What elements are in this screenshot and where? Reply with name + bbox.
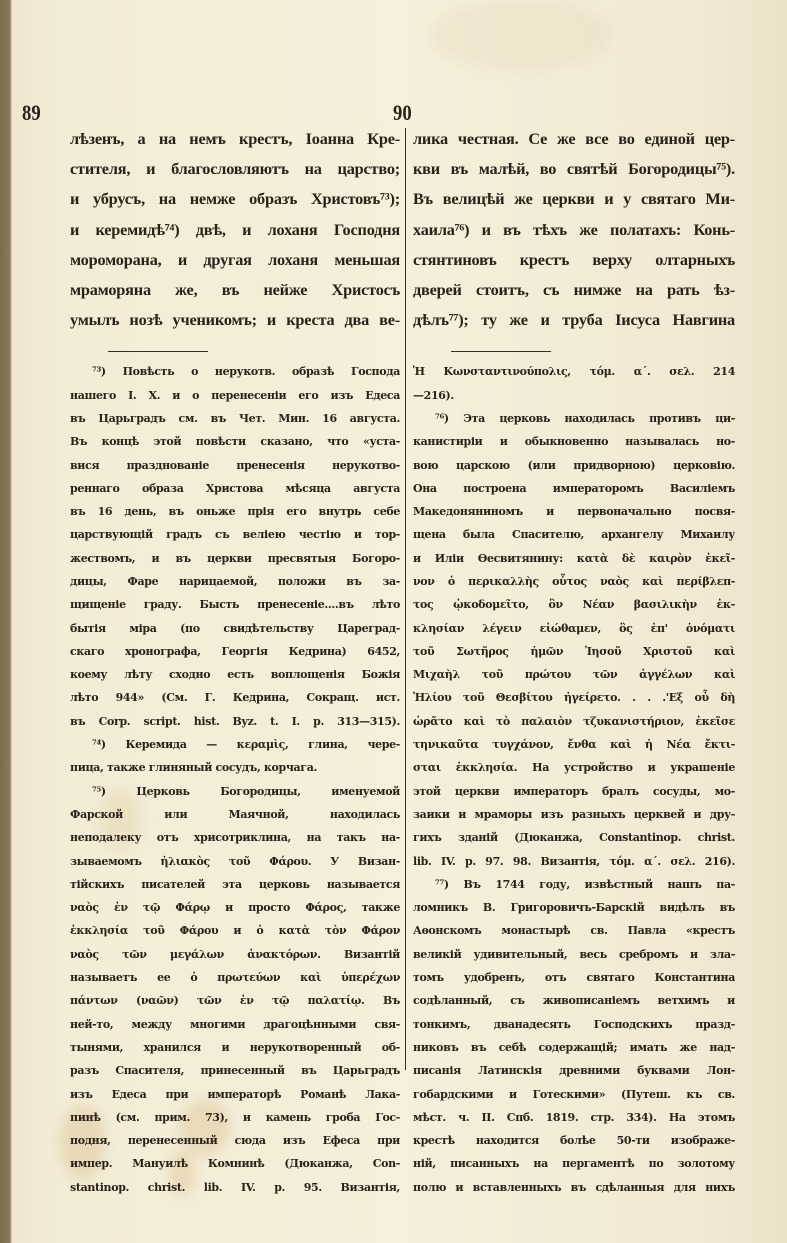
text-line: дѣлъ⁷⁷); ту же и труба Іисуса Навгина	[413, 305, 735, 335]
footnote-line: томъ удобренъ, отъ святаго Константина	[413, 966, 735, 989]
footnote-line: ломникъ В. Григоровичъ-Барскій видѣлъ въ	[413, 896, 735, 919]
footnote-line: коему лѣту сходно есть воплощенія Божія	[70, 663, 400, 686]
right-main-text: лика честная. Се же все во единой цер-кв…	[413, 124, 735, 335]
text-line: мороморана, и другая лоханя меньшая	[70, 245, 400, 275]
footnote-line: ⁷³) Повѣсть о нерукотв. образѣ Господа	[70, 360, 400, 383]
footnote-line: Μιχαὴλ τοῦ πρώτου τῶν ἀγγέλων καὶ	[413, 663, 735, 686]
footnote-line: жествомъ, и въ церкви пресвятыя Богоро-	[70, 547, 400, 570]
text-line: лика честная. Се же все во единой цер-	[413, 124, 735, 154]
footnote-line: щищеніе граду. Бысть пренесеніе....въ лѣ…	[70, 593, 400, 616]
footnote-line: stantinop. christ. lib. IV. p. 95. Визан…	[70, 1176, 400, 1199]
footnote-line: щена была Спасителю, архангелу Михаилу	[413, 523, 735, 546]
text-line: стянтиновъ крестъ верху олтарныхъ	[413, 245, 735, 275]
text-line: мраморяна же, въ нейже Христосъ	[70, 275, 400, 305]
footnote-line: Ἡ Κωνσταντινούπολις, τόμ. α΄. σελ. 214	[413, 360, 735, 383]
footnote-line: ней-то, между многими драгоцѣнными свя-	[70, 1013, 400, 1036]
footnote-line: ἐκκλησία τοῦ Φάρου и ὁ κατὰ τὸν Φάρον	[70, 919, 400, 942]
footnote-line: σται ἐκκλησία. На устройство и украшеніе	[413, 756, 735, 779]
footnote-line: Въ концѣ этой повѣсти сказано, что «уста…	[70, 430, 400, 453]
right-page-number: 90	[393, 100, 412, 126]
footnote-rule	[108, 351, 208, 352]
footnote-line: пица, также глиняный сосудъ, корчага.	[70, 756, 400, 779]
footnote-line: содѣланный, съ живописаніемъ ветхимъ и	[413, 989, 735, 1012]
text-line: дверей стоитъ, съ нимже на рать ѣз-	[413, 275, 735, 305]
footnote-line: тонкимъ, дванадесять Господскихъ празд-	[413, 1013, 735, 1036]
footnote-line: неподалеку отъ хрисотриклина, на такъ на…	[70, 826, 400, 849]
footnote-rule	[451, 351, 551, 352]
footnote-line: великій удивительный, весь сребромъ и зл…	[413, 943, 735, 966]
footnote-line: Аѳонскомъ монастырѣ св. Павла «крестъ	[413, 919, 735, 942]
footnote-line: писанія Латинскія древними буквами Лон-	[413, 1059, 735, 1082]
left-main-text: лѣзенъ, а на немъ крестъ, Іоанна Кре-сти…	[70, 124, 400, 335]
footnote-line: тынями, хранился и нерукотворенный об-	[70, 1036, 400, 1059]
footnote-line: τος ᾠκοδομεῖτο, ὃν Νέαν βασιλικὴν ἐκ-	[413, 593, 735, 616]
footnote-line: дицы, Фаре нарицаемой, положи въ за-	[70, 570, 400, 593]
footnote-line: заики и мраморы изъ разныхъ церквей и др…	[413, 803, 735, 826]
text-line: и керемидѣ⁷⁴) двѣ, и лоханя Господня	[70, 215, 400, 245]
footnote-line: ὡρᾶτο καὶ τὸ παλαιὸν τζυκανιστήριον, ἐκε…	[413, 710, 735, 733]
footnote-line: бытія міра (по свидѣтельству Цареград-	[70, 617, 400, 640]
text-line: и убрусъ, на немже образъ Христовъ⁷³);	[70, 184, 400, 214]
footnote-line: этой церкви императоръ бралъ сосуды, мо-	[413, 780, 735, 803]
footnote-line: въ Царьградъ см. въ Чет. Мин. 16 августа…	[70, 407, 400, 430]
text-line: Въ велицѣй же церкви и у святаго Ми-	[413, 184, 735, 214]
footnote-line: зываемомъ ἡλιακὸς τοῦ Φάρου. У Визан-	[70, 850, 400, 873]
footnote-line: канистиріи и обыкновенно называлась но-	[413, 430, 735, 453]
footnote-line: —216).	[413, 384, 735, 407]
footnote-line: πάντων (ναῶν) τῶν ἐν τῷ παλατίῳ. Въ	[70, 989, 400, 1012]
footnote-line: и Иліи Өесвитянину: κατὰ δὲ καιρὸν ἐκεῖ-	[413, 547, 735, 570]
text-line: лѣзенъ, а на немъ крестъ, Іоанна Кре-	[70, 124, 400, 154]
footnote-line: ⁷⁵) Церковь Богородицы, именуемой	[70, 780, 400, 803]
footnote-line: изъ Едеса при императорѣ Романѣ Лака-	[70, 1083, 400, 1106]
text-line: умылъ нозѣ ученикомъ; и креста два ве-	[70, 305, 400, 335]
footnote-line: подня, перенесенный сюда изъ Ефеса при	[70, 1129, 400, 1152]
footnote-line: ναὸς τῶν μεγάλων ἀνακτόρων. Византій	[70, 943, 400, 966]
left-column: лѣзенъ, а на немъ крестъ, Іоанна Кре-сти…	[70, 124, 400, 1199]
right-column: лика честная. Се же все во единой цер-кв…	[413, 124, 735, 1199]
footnote-line: τοῦ Σωτῆρος ἡμῶν Ἰησοῦ Χριστοῦ καὶ	[413, 640, 735, 663]
footnote-line: никовъ въ себѣ содержащій; имать же над-	[413, 1036, 735, 1059]
footnote-line: Фарской или Маячной, находилась	[70, 803, 400, 826]
left-page-number: 89	[22, 100, 41, 126]
footnote-line: κλησίαν λέγειν εἰώθαμεν, ὃς ἐπ' ὀνόματι	[413, 617, 735, 640]
footnote-line: нашего І. Х. и о перенесеніи его изъ Еде…	[70, 384, 400, 407]
footnote-line: ⁷⁴) Керемида — κεραμὶς, глина, чере-	[70, 733, 400, 756]
footnote-line: скаго хронографа, Георгія Кедрина) 6452,	[70, 640, 400, 663]
footnote-line: въ 16 день, въ оньже прія его внутрь себ…	[70, 500, 400, 523]
footnote-line: ⁷⁷) Въ 1744 году, извѣстный нашъ па-	[413, 873, 735, 896]
footnote-line: τηνικαῦτα τυγχάνον, ἔνθα καὶ ἡ Νέα ἔκτι-	[413, 733, 735, 756]
footnote-line: Она построена императоромъ Василіемъ	[413, 477, 735, 500]
footnote-line: называетъ ее ὁ πρωτεύων καὶ ὑπερέχων	[70, 966, 400, 989]
footnote-line: крестѣ находится болѣе 50-ти изображе-	[413, 1129, 735, 1152]
footnote-line: пинѣ (см. прим. 73), и камень гроба Гос-	[70, 1106, 400, 1129]
footnote-line: царствующій градъ съ веліею честію и тор…	[70, 523, 400, 546]
text-line: стителя, и благословляютъ на царство;	[70, 154, 400, 184]
column-divider	[405, 128, 406, 1070]
footnote-line: полю и вставленныхъ въ сдѣланныя для них…	[413, 1176, 735, 1199]
text-line: кви въ малѣй, во святѣй Богородицы⁷⁵).	[413, 154, 735, 184]
footnote-line: Македоняниномъ и первоначально посвя-	[413, 500, 735, 523]
footnote-line: ⁷⁶) Эта церковь находилась противъ ци-	[413, 407, 735, 430]
footnote-line: ній, писанныхъ на пергаментѣ по золотому	[413, 1152, 735, 1175]
footnote-line: lib. IV. p. 97. 98. Византія, τόμ. α΄. σ…	[413, 850, 735, 873]
footnote-line: вою царскою (или придворною) церковію.	[413, 454, 735, 477]
footnote-line: вися празднованіе пренесенія нерукотво-	[70, 454, 400, 477]
right-footnotes: Ἡ Κωνσταντινούπολις, τόμ. α΄. σελ. 214—2…	[413, 360, 735, 1199]
footnote-line: импер. Мануилѣ Комнинѣ (Дюканжа, Con-	[70, 1152, 400, 1175]
footnote-line: мѣст. ч. II. Спб. 1819. стр. 334). На эт…	[413, 1106, 735, 1129]
footnote-line: реннаго образа Христова мѣсяца августа	[70, 477, 400, 500]
text-line: хаила⁷⁶) и въ тѣхъ же полатахъ: Конь-	[413, 215, 735, 245]
footnote-line: Ἠλίου τοῦ Θεσβίτου ἠγείρετο. . . .'Εξ οὗ…	[413, 686, 735, 709]
footnote-line: νον ὁ περικαλλὴς οὗτος ναὸς καὶ περίβλεπ…	[413, 570, 735, 593]
footnote-line: въ Corp. script. hist. Byz. t. I. p. 313…	[70, 710, 400, 733]
footnote-line: гихъ зданій (Дюканжа, Constantinop. chri…	[413, 826, 735, 849]
footnote-line: лѣто 944» (См. Г. Кедрина, Сокращ. ист.	[70, 686, 400, 709]
paper-stain	[430, 0, 610, 70]
footnote-line: тійскихъ писателей эта церковь называетс…	[70, 873, 400, 896]
footnote-line: ναὸς ἐν τῷ Φάρῳ и просто Φάρος, также	[70, 896, 400, 919]
footnote-line: разъ Спасителя, принесенный въ Царьградъ	[70, 1059, 400, 1082]
footnote-line: гобардскими и Готескими» (Путеш. къ св.	[413, 1083, 735, 1106]
left-footnotes: ⁷³) Повѣсть о нерукотв. образѣ Господана…	[70, 360, 400, 1199]
